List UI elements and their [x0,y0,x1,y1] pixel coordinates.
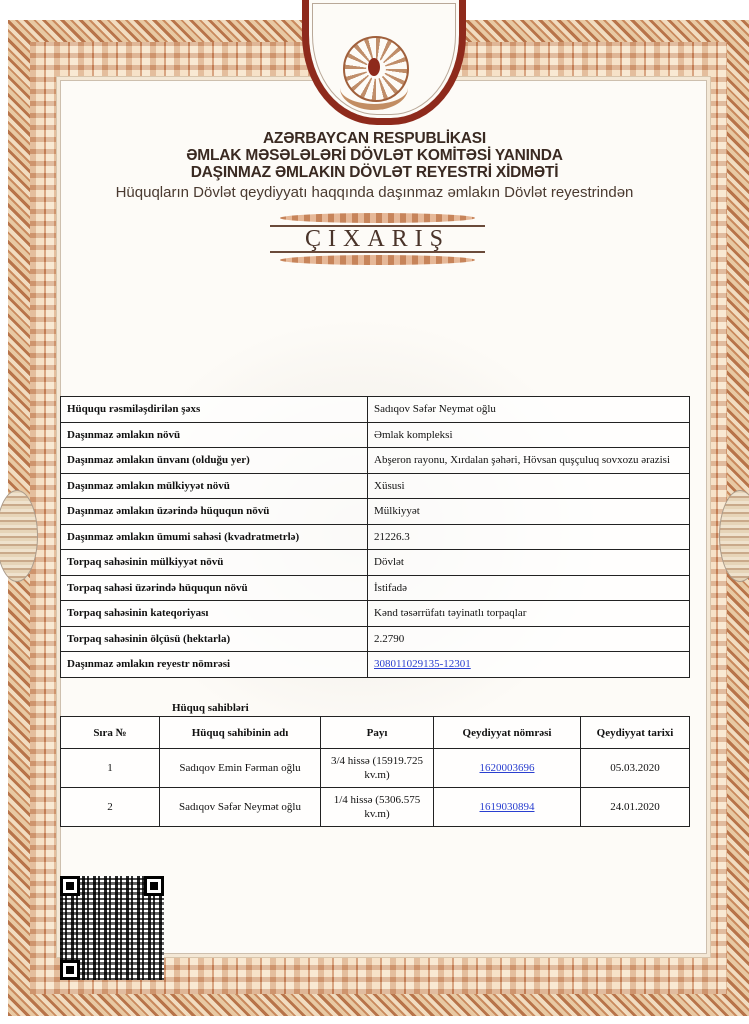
row-label: Daşınmaz əmlakın reyestr nömrəsi [61,652,368,678]
property-info-table: Hüququ rəsmiləşdirilən şəxs Sadıqov Səfə… [60,396,690,678]
row-label: Daşınmaz əmlakın üzərində hüququn növü [61,499,368,525]
row-value: 308011029135-12301 [368,652,690,678]
row-value: Sadıqov Səfər Neymət oğlu [368,397,690,423]
column-header-reg-no: Qeydiyyat nömrəsi [434,717,581,749]
table-row: Daşınmaz əmlakın mülkiyyət növü Xüsusi [61,473,690,499]
header-line-3: DAŞINMAZ ƏMLAKIN DÖVLƏT REYESTRİ XİDMƏTİ [0,164,749,181]
column-header-no: Sıra № [61,717,160,749]
row-value: İstifadə [368,575,690,601]
qr-code-icon [60,876,164,980]
table-row: 1 Sadıqov Emin Fərman oğlu 3/4 hissə (15… [61,749,690,788]
row-value: Xüsusi [368,473,690,499]
title-ornament-bottom [280,255,475,265]
row-label: Torpaq sahəsinin kateqoriyası [61,601,368,627]
owner-reg-no: 1619030894 [434,788,581,827]
registration-number-link[interactable]: 1619030894 [480,801,535,813]
table-row: Daşınmaz əmlakın üzərində hüququn növü M… [61,499,690,525]
row-value: Dövlət [368,550,690,576]
row-label: Daşınmaz əmlakın ümumi sahəsi (kvadratme… [61,524,368,550]
title-rule [270,251,485,253]
table-row: 2 Sadıqov Səfər Neymət oğlu 1/4 hissə (5… [61,788,690,827]
column-header-share: Payı [321,717,434,749]
document-title: ÇIXARIŞ [270,227,485,251]
column-header-name: Hüquq sahibinin adı [160,717,321,749]
table-header-row: Sıra № Hüquq sahibinin adı Payı Qeydiyya… [61,717,690,749]
row-value: Kənd təsərrüfatı təyinatlı torpaqlar [368,601,690,627]
emblem-flame-icon [368,58,380,76]
row-label: Daşınmaz əmlakın növü [61,422,368,448]
table-row: Daşınmaz əmlakın reyestr nömrəsi 3080110… [61,652,690,678]
owner-name: Sadıqov Səfər Neymət oğlu [160,788,321,827]
title-ornament-top [280,213,475,223]
owner-share: 1/4 hissə (5306.575 kv.m) [321,788,434,827]
row-value: 21226.3 [368,524,690,550]
owner-reg-date: 24.01.2020 [581,788,690,827]
row-value: Əmlak kompleksi [368,422,690,448]
table-row: Torpaq sahəsinin kateqoriyası Kənd təsər… [61,601,690,627]
table-row: Torpaq sahəsinin ölçüsü (hektarla) 2.279… [61,626,690,652]
document-header: AZƏRBAYCAN RESPUBLİKASI ƏMLAK MƏSƏLƏLƏRİ… [0,130,749,204]
qr-finder-bottom-left [60,960,80,980]
row-value: Mülkiyyət [368,499,690,525]
owner-no: 2 [61,788,160,827]
registry-number-link[interactable]: 308011029135-12301 [374,658,471,670]
table-row: Daşınmaz əmlakın ümumi sahəsi (kvadratme… [61,524,690,550]
row-label: Torpaq sahəsinin mülkiyyət növü [61,550,368,576]
row-label: Hüququ rəsmiləşdirilən şəxs [61,397,368,423]
header-line-1: AZƏRBAYCAN RESPUBLİKASI [0,130,749,147]
table-row: Hüququ rəsmiləşdirilən şəxs Sadıqov Səfə… [61,397,690,423]
qr-finder-top-left [60,876,80,896]
row-label: Daşınmaz əmlakın mülkiyyət növü [61,473,368,499]
row-label: Torpaq sahəsinin ölçüsü (hektarla) [61,626,368,652]
owner-reg-no: 1620003696 [434,749,581,788]
table-row: Torpaq sahəsinin mülkiyyət növü Dövlət [61,550,690,576]
table-row: Torpaq sahəsi üzərində hüququn növü İsti… [61,575,690,601]
registration-number-link[interactable]: 1620003696 [480,762,535,774]
qr-finder-top-right [144,876,164,896]
column-header-date: Qeydiyyat tarixi [581,717,690,749]
owner-name: Sadıqov Emin Fərman oğlu [160,749,321,788]
table-row: Daşınmaz əmlakın ünvanı (olduğu yer) Abş… [61,448,690,474]
row-label: Daşınmaz əmlakın ünvanı (olduğu yer) [61,448,368,474]
row-label: Torpaq sahəsi üzərində hüququn növü [61,575,368,601]
owner-share: 3/4 hissə (15919.725 kv.m) [321,749,434,788]
owner-reg-date: 05.03.2020 [581,749,690,788]
table-row: Daşınmaz əmlakın növü Əmlak kompleksi [61,422,690,448]
header-line-2: ƏMLAK MƏSƏLƏLƏRİ DÖVLƏT KOMİTƏSİ YANINDA [0,147,749,164]
owners-section-title: Hüquq sahibləri [172,702,249,714]
header-subtitle: Hüquqların Dövlət qeydiyyatı haqqında da… [0,182,749,204]
owner-no: 1 [61,749,160,788]
document-title-block: ÇIXARIŞ [270,213,485,265]
owners-table: Sıra № Hüquq sahibinin adı Payı Qeydiyya… [60,716,690,827]
row-value: 2.2790 [368,626,690,652]
row-value: Abşeron rayonu, Xırdalan şəhəri, Hövsan … [368,448,690,474]
